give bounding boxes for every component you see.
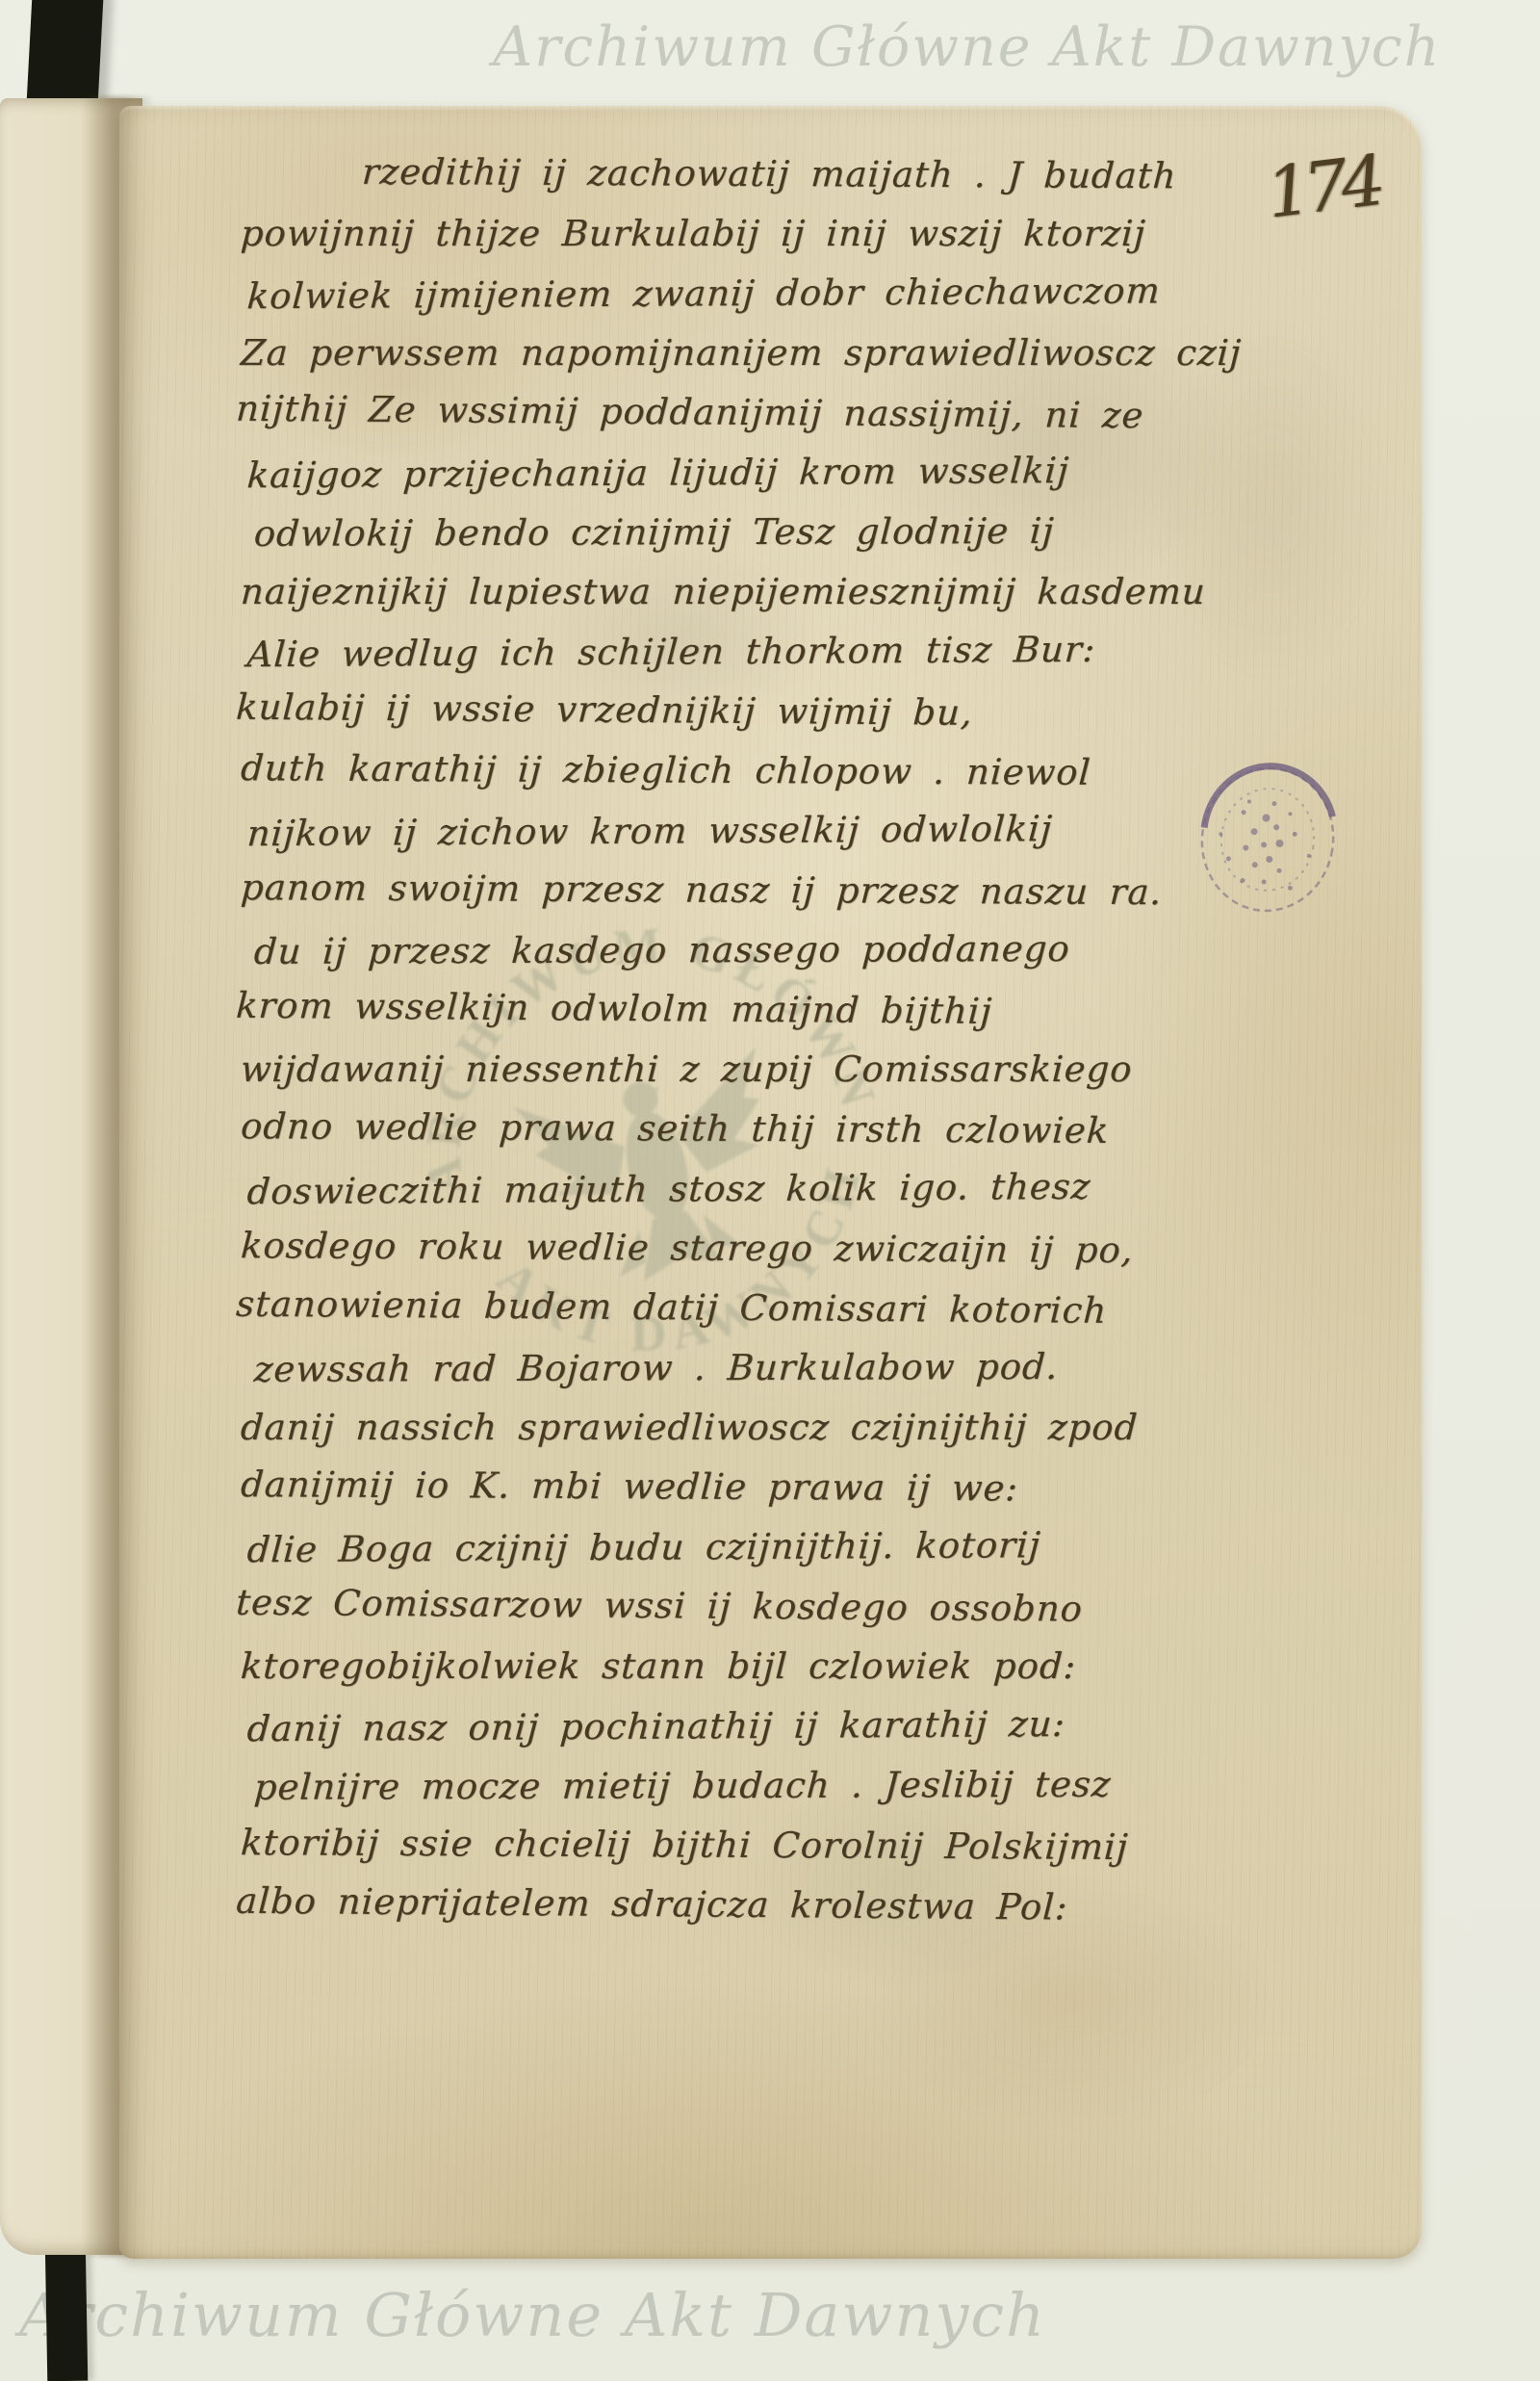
manuscript-line: panom swoijm przesz nasz ij przesz naszu…	[239, 858, 1281, 923]
manuscript-line: tesz Comissarzow wssi ij kosdego ossobno	[235, 1573, 1277, 1641]
manuscript-line: pelnijre mocze mietij budach . Jeslibij …	[252, 1754, 1296, 1818]
manuscript-text-block: rzedithij ij zachowatij maijath . J buda…	[241, 144, 1280, 1935]
binding-strap-bottom	[45, 2239, 89, 2381]
manuscript-line: powijnnij thijze Burkulabij ij inij wszi…	[239, 204, 1281, 264]
manuscript-line: Za perwssem napomijnanijem sprawiedliwos…	[239, 324, 1281, 383]
manuscript-line: kolwiek ijmijeniem zwanij dobr chiechawc…	[245, 261, 1289, 327]
manuscript-line: nijkow ij zichow krom wsselkij odwlolkij	[245, 798, 1289, 865]
archive-watermark-bottom: Archiwum Główne Akt Dawnych	[19, 2280, 1046, 2350]
manuscript-line: kosdego roku wedlie starego zwiczaijn ij…	[239, 1216, 1281, 1281]
manuscript-line: odwlokij bendo czinijmij Tesz glodnije i…	[252, 501, 1296, 564]
manuscript-line: albo nieprijatelem sdrajcza krolestwa Po…	[235, 1872, 1277, 1939]
archive-watermark-top: Archiwum Główne Akt Dawnych	[493, 15, 1441, 79]
manuscript-line: stanowienia budem datij Comissari kotori…	[235, 1275, 1277, 1342]
manuscript-line: du ij przesz kasdego nassego poddanego	[252, 919, 1296, 982]
manuscript-line: duth karathij ij zbieglich chlopow . nie…	[239, 738, 1281, 804]
archive-scan-canvas: { "watermark": { "top_text": "Archiwum G…	[0, 0, 1540, 2381]
manuscript-line: kaijgoz przijechanija lijudij krom wssel…	[245, 440, 1289, 506]
manuscript-line: Alie wedlug ich schijlen thorkom tisz Bu…	[245, 619, 1289, 686]
manuscript-line: naijeznijkij lupiestwa niepijemiesznijmi…	[239, 562, 1281, 622]
manuscript-line: danij nasz onij pochinathij ij karathij …	[245, 1694, 1289, 1760]
manuscript-line: nijthij Ze wssimij poddanijmij nassijmij…	[235, 379, 1277, 447]
manuscript-line: kulabij ij wssie vrzednijkij wijmij bu,	[235, 678, 1277, 745]
manuscript-line: doswieczithi maijuth stosz kolik igo. th…	[245, 1156, 1289, 1223]
manuscript-line: ktoribij ssie chcielij bijthi Corolnij P…	[239, 1813, 1281, 1878]
manuscript-line: danij nassich sprawiedliwoscz czijnijthi…	[239, 1398, 1281, 1458]
folio-number: 174	[1262, 140, 1383, 234]
manuscript-line: dlie Boga czijnij budu czijnijthij. koto…	[245, 1514, 1289, 1581]
manuscript-line: zewssah rad Bojarow . Burkulabow pod.	[252, 1336, 1296, 1400]
manuscript-line: danijmij io K. mbi wedlie prawa ij we:	[239, 1455, 1281, 1520]
manuscript-line: rzedithij ij zachowatij maijath . J buda…	[239, 142, 1281, 207]
manuscript-line: wijdawanij niessenthi z zupij Comissarsk…	[239, 1040, 1281, 1100]
manuscript-line: odno wedlie prawa seith thij irsth czlow…	[239, 1097, 1281, 1162]
manuscript-line: krom wsselkijn odwlolm maijnd bijthij	[235, 976, 1277, 1044]
manuscript-line: ktoregobijkolwiek stann bijl czlowiek po…	[239, 1637, 1281, 1696]
